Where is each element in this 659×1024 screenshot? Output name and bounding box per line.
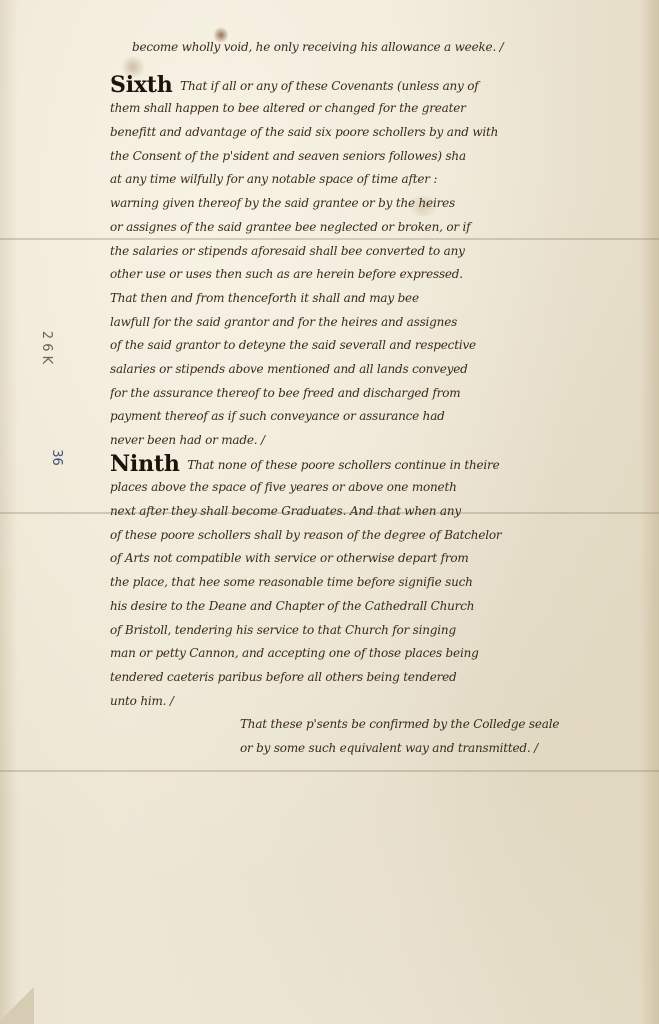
text-line: the salaries or stipends aforesaid shall… (110, 240, 650, 264)
text-line: warning given thereof by the said grante… (110, 192, 650, 216)
text-line: the place, that hee some reasonable time… (110, 571, 650, 595)
text-line: for the assurance thereof to bee freed a… (110, 382, 650, 406)
text-line: or assignes of the said grantee bee negl… (110, 216, 650, 240)
margin-note-pencil: 2 6 K (39, 331, 54, 364)
manuscript-text: become wholly void, he only receiving hi… (110, 36, 650, 761)
closing-line: or by some such equivalent way and trans… (110, 737, 650, 761)
text-line: benefitt and advantage of the said six p… (110, 121, 650, 145)
text-line: his desire to the Deane and Chapter of t… (110, 595, 650, 619)
text-line: of these poore schollers shall by reason… (110, 524, 650, 548)
text-line: never been had or made. / (110, 429, 650, 453)
margin-note-ink: 36 (49, 449, 64, 466)
text-line: the Consent of the p'sident and seaven s… (110, 145, 650, 169)
text-line: lawfull for the said grantor and for the… (110, 311, 650, 335)
paper-fold-line (0, 770, 659, 772)
text-line: other use or uses then such as are herei… (110, 263, 650, 287)
text-line: man or petty Cannon, and accepting one o… (110, 642, 650, 666)
text-line-content: That none of these poore schollers conti… (187, 458, 499, 472)
text-line: of Arts not compatible with service or o… (110, 547, 650, 571)
text-line: unto him. / (110, 690, 650, 714)
text-line: salaries or stipends above mentioned and… (110, 358, 650, 382)
text-line: Sixth That if all or any of these Covena… (110, 74, 650, 98)
text-line: That then and from thenceforth it shall … (110, 287, 650, 311)
torn-corner (0, 984, 34, 1024)
text-line-content: That if all or any of these Covenants (u… (180, 79, 478, 93)
clause-heading-sixth: Sixth (110, 74, 173, 98)
closing-line: That these p'sents be confirmed by the C… (110, 713, 650, 737)
text-line: Ninth That none of these poore schollers… (110, 453, 650, 477)
text-line: at any time wilfully for any notable spa… (110, 168, 650, 192)
text-line: become wholly void, he only receiving hi… (110, 36, 650, 60)
text-line: them shall happen to bee altered or chan… (110, 97, 650, 121)
manuscript-page: 2 6 K 36 become wholly void, he only rec… (0, 0, 659, 1024)
text-line: next after they shall become Graduates. … (110, 500, 650, 524)
text-line: of the said grantor to deteyne the said … (110, 334, 650, 358)
text-line: tendered caeteris paribus before all oth… (110, 666, 650, 690)
clause-heading-ninth: Ninth (110, 453, 180, 477)
text-line: places above the space of five yeares or… (110, 476, 650, 500)
text-line: payment thereof as if such conveyance or… (110, 405, 650, 429)
text-line: of Bristoll, tendering his service to th… (110, 619, 650, 643)
